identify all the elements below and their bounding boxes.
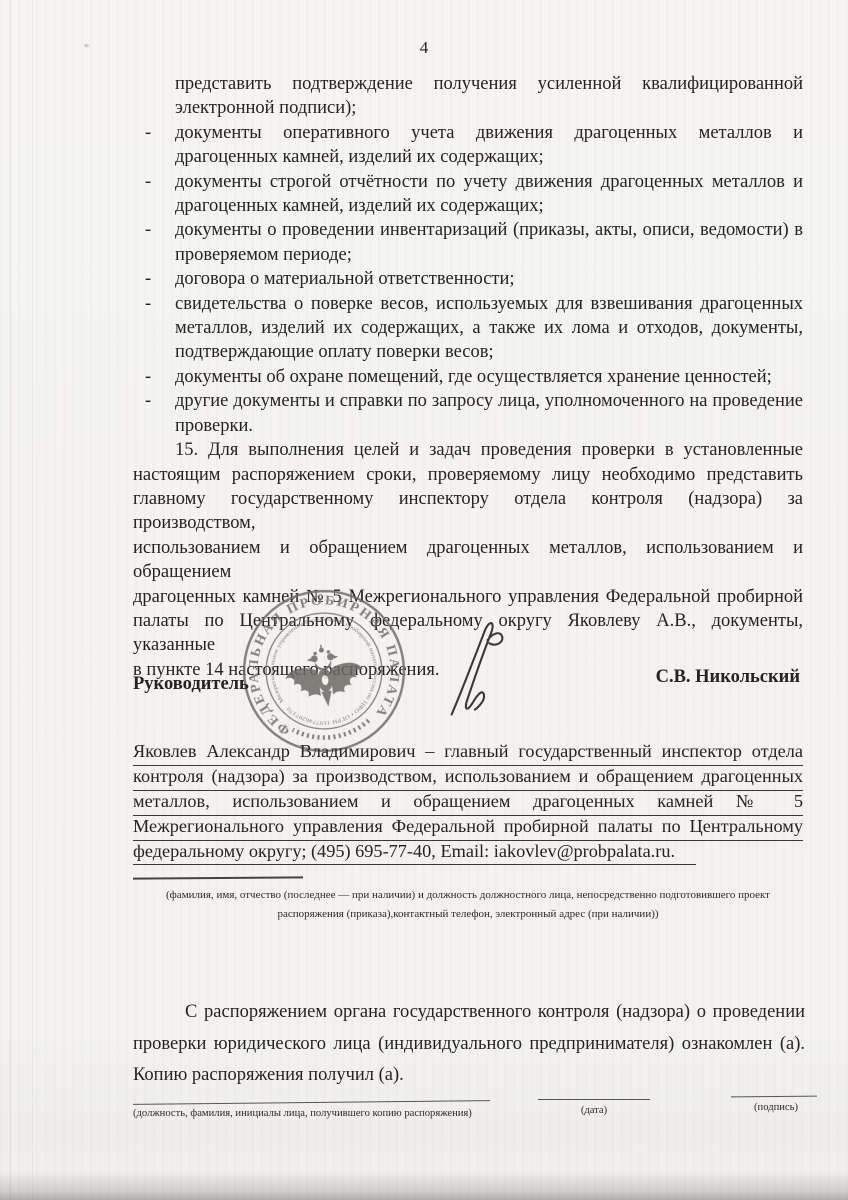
- fill-in-caption-date: (дата): [538, 1105, 650, 1116]
- list-item: другие документы и справки по запросу ли…: [175, 389, 803, 438]
- text-line: главному государственному инспектору отд…: [133, 487, 803, 536]
- preparer-underlined-block: Яковлев Александр Владимирович – главный…: [133, 742, 803, 866]
- list-item: документы об охране помещений, где осуще…: [175, 365, 803, 389]
- stamp-ring-text: ФЕДЕРАЛЬНАЯ ПРОБИРНАЯ ПАЛАТА: [236, 583, 410, 742]
- fill-in-caption-signature: (подпись): [726, 1102, 826, 1113]
- fill-in-line-date: [538, 1099, 650, 1100]
- double-headed-eagle-emblem: [282, 640, 367, 711]
- text-line: электронной подписи);: [175, 96, 803, 120]
- required-documents-list: документы оперативного учета движения др…: [133, 121, 803, 438]
- acknowledgement-paragraph: С распоряжением органа государственного …: [133, 997, 805, 1092]
- text-line: настоящим распоряжением сроки, проверяем…: [133, 463, 803, 487]
- text-line: С распоряжением органа государственного …: [133, 997, 805, 1029]
- text-line: распоряжения (приказа),контактный телефо…: [123, 905, 813, 924]
- signer-name: С.В. Никольский: [656, 667, 800, 688]
- text-line: Яковлев Александр Владимирович – главный…: [133, 742, 803, 766]
- caption-separator-line: [133, 876, 303, 880]
- stamp-svg: ФЕДЕРАЛЬНАЯ ПРОБИРНАЯ ПАЛАТА Межрегионал…: [230, 577, 417, 764]
- svg-text:ФЕДЕРАЛЬНАЯ ПРОБИРНАЯ ПАЛАТА: ФЕДЕРАЛЬНАЯ ПРОБИРНАЯ ПАЛАТА: [236, 583, 410, 742]
- text-line: Копию распоряжения получил (а).: [133, 1060, 805, 1092]
- list-item: документы оперативного учета движения др…: [175, 121, 803, 170]
- list-item: документы о проведении инвентаризаций (п…: [175, 218, 803, 267]
- page-number: 4: [0, 38, 848, 58]
- document-body: представить подтверждение получения усил…: [133, 72, 803, 682]
- intro-continuation-paragraph: представить подтверждение получения усил…: [175, 72, 803, 121]
- fill-in-caption-position-name: (должность, фамилия, инициалы лица, полу…: [133, 1108, 493, 1119]
- text-line: контроля (надзора) за производством, исп…: [133, 767, 803, 791]
- text-line: 15. Для выполнения целей и задач проведе…: [133, 438, 803, 462]
- list-item: документы строгой отчётности по учету дв…: [175, 170, 803, 219]
- handwritten-signature: [434, 612, 532, 729]
- text-line: Межрегионального управления Федеральной …: [133, 817, 803, 841]
- role-label: Руководитель: [133, 674, 249, 695]
- fill-in-line-position-name: [133, 1100, 490, 1105]
- fill-in-line-signature: [731, 1096, 817, 1098]
- text-line: использованием и обращением драгоценных …: [133, 536, 803, 585]
- text-line: проверки юридического лица (индивидуальн…: [133, 1029, 805, 1061]
- scanned-document-page: 4 представить подтверждение получения ус…: [0, 0, 848, 1200]
- text-line: (фамилия, имя, отчество (последнее — при…: [123, 886, 813, 905]
- official-round-stamp: ФЕДЕРАЛЬНАЯ ПРОБИРНАЯ ПАЛАТА Межрегионал…: [230, 577, 417, 764]
- text-line: металлов, использованием и обращением др…: [133, 792, 803, 816]
- scan-bottom-shadow: [0, 1170, 848, 1200]
- scan-edge-artifact: [32, 0, 33, 1200]
- preparer-caption: (фамилия, имя, отчество (последнее — при…: [123, 886, 813, 924]
- text-line: федеральному округу; (495) 695-77-40, Em…: [133, 842, 803, 865]
- scan-edge-artifact: [10, 0, 11, 1200]
- list-item: договора о материальной ответственности;: [175, 267, 803, 291]
- list-item: свидетельства о поверке весов, используе…: [175, 292, 803, 365]
- text-line: представить подтверждение получения усил…: [175, 72, 803, 96]
